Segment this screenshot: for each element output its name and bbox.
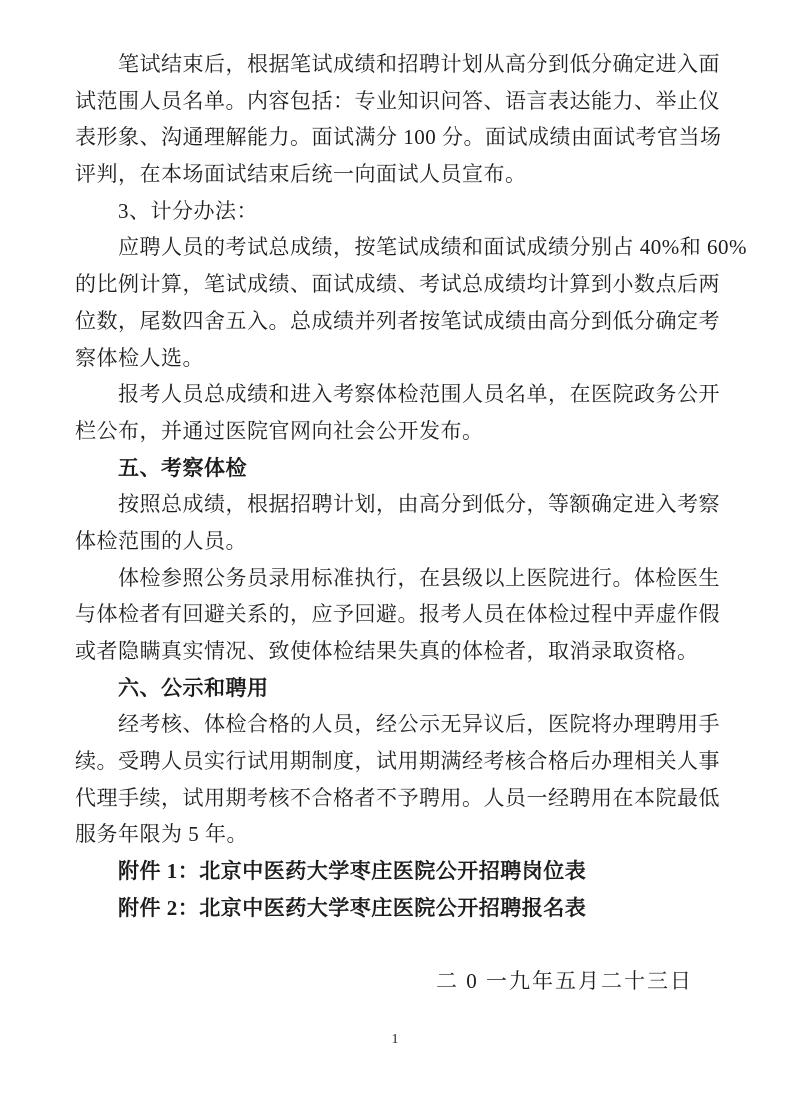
document-text-line: 服务年限为 5 年。 — [75, 816, 715, 853]
document-lines: 笔试结束后，根据笔试成绩和招聘计划从高分到低分确定进入面试范围人员名单。内容包括… — [75, 46, 715, 927]
document-text-line: 体检范围的人员。 — [75, 523, 715, 560]
document-page: { "page": { "background": "#ffffff", "te… — [0, 0, 787, 1113]
document-text-line: 或者隐瞒真实情况、致使体检结果失真的体检者，取消录取资格。 — [75, 633, 715, 670]
document-text-line: 经考核、体检合格的人员，经公示无异议后，医院将办理聘用手 — [75, 706, 715, 743]
document-text-line: 的比例计算，笔试成绩、面试成绩、考试总成绩均计算到小数点后两 — [75, 266, 715, 303]
document-text-line: 试范围人员名单。内容包括：专业知识问答、语言表达能力、举止仪 — [75, 83, 715, 120]
document-text-line: 3、计分办法： — [75, 193, 715, 230]
document-text-line: 报考人员总成绩和进入考察体检范围人员名单，在医院政务公开 — [75, 376, 715, 413]
document-text-line: 体检参照公务员录用标准执行，在县级以上医院进行。体检医生 — [75, 560, 715, 597]
document-text-line: 应聘人员的考试总成绩，按笔试成绩和面试成绩分别占 40%和 60% — [75, 229, 715, 266]
document-text-line: 栏公布，并通过医院官网向社会公开发布。 — [75, 413, 715, 450]
document-text-line: 察体检人选。 — [75, 340, 715, 377]
document-text-line: 代理手续，试用期考核不合格者不予聘用。人员一经聘用在本院最低 — [75, 780, 715, 817]
document-text-line: 笔试结束后，根据笔试成绩和招聘计划从高分到低分确定进入面 — [75, 46, 715, 83]
document-heading-line: 五、考察体检 — [75, 450, 715, 487]
document-text-line: 续。受聘人员实行试用期制度，试用期满经考核合格后办理相关人事 — [75, 743, 715, 780]
document-heading-line: 附件 1：北京中医药大学枣庄医院公开招聘岗位表 — [75, 853, 715, 890]
document-text-line: 表形象、沟通理解能力。面试满分 100 分。面试成绩由面试考官当场 — [75, 119, 715, 156]
document-text-line: 评判，在本场面试结束后统一向面试人员宣布。 — [75, 156, 715, 193]
page-number: 1 — [75, 1031, 715, 1049]
document-text-line: 与体检者有回避关系的，应予回避。报考人员在体检过程中弄虚作假 — [75, 596, 715, 633]
document-heading-line: 六、公示和聘用 — [75, 670, 715, 707]
document-text-line: 按照总成绩，根据招聘计划，由高分到低分，等额确定进入考察 — [75, 486, 715, 523]
document-heading-line: 附件 2：北京中医药大学枣庄医院公开招聘报名表 — [75, 890, 715, 927]
document-date: 二 0 一九年五月二十三日 — [75, 963, 715, 1000]
document-text-line: 位数，尾数四舍五入。总成绩并列者按笔试成绩由高分到低分确定考 — [75, 303, 715, 340]
document-body: 笔试结束后，根据笔试成绩和招聘计划从高分到低分确定进入面试范围人员名单。内容包括… — [75, 46, 715, 1000]
